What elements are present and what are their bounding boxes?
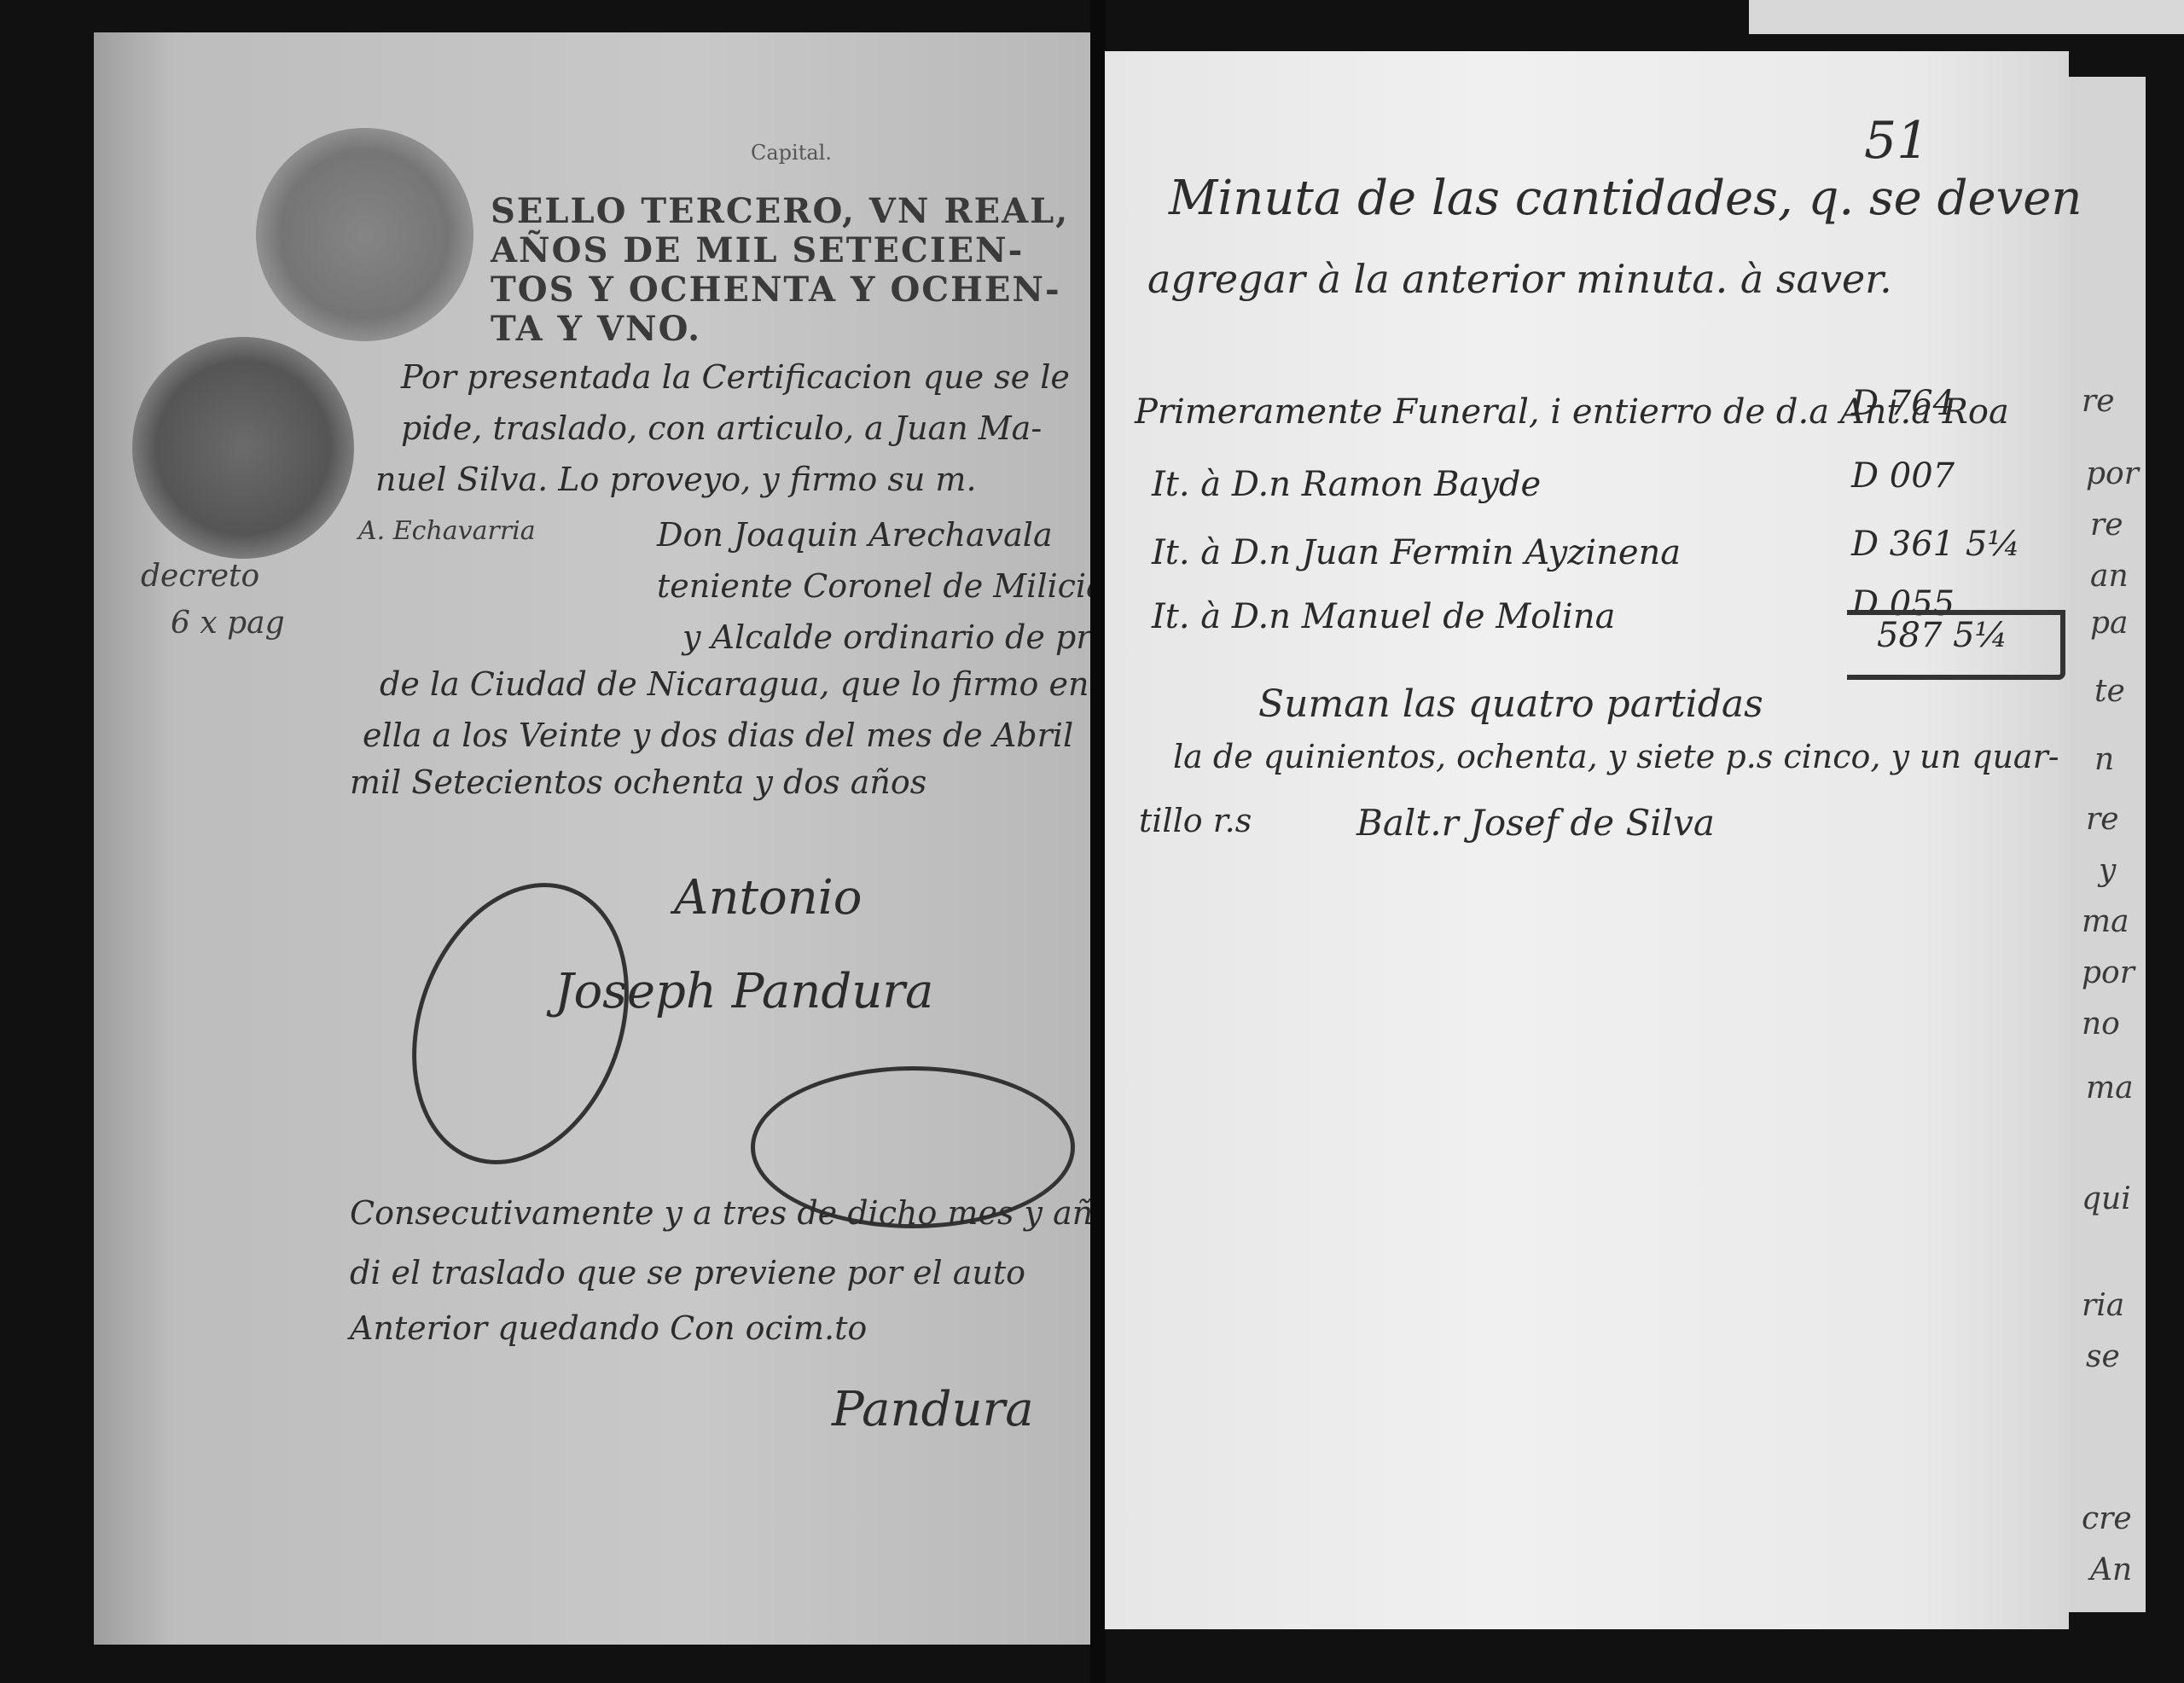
next-page-edge xyxy=(2069,77,2146,1612)
entry-row: It. à D.n Manuel de Molina xyxy=(1152,597,1615,636)
margin-note-2: 6 x pag xyxy=(171,606,285,641)
entry-row: It. à D.n Juan Fermin Ayzinena xyxy=(1152,533,1681,572)
seal-upper xyxy=(256,128,473,341)
entry-amount: D 007 xyxy=(1851,456,1955,496)
entry-amount: D 764 xyxy=(1851,384,1955,423)
footer-signature: Pandura xyxy=(832,1382,1034,1437)
book-gutter xyxy=(1090,0,1106,1683)
margin-note: decreto xyxy=(141,559,259,594)
scan-top-strip xyxy=(1749,0,2184,34)
entry-amount: D 361 5¼ xyxy=(1851,525,2020,564)
seal-lower xyxy=(132,337,354,559)
margin-name: A. Echavarria xyxy=(358,516,536,546)
folio-number: 51 xyxy=(1864,111,1929,171)
entry-row: It. à D.n Ramon Bayde xyxy=(1152,465,1541,504)
clerk-signature: Balt.r Josef de Silva xyxy=(1356,802,1715,844)
header-note: Capital. xyxy=(751,141,832,165)
total-amount: 587 5¼ xyxy=(1877,616,2007,655)
